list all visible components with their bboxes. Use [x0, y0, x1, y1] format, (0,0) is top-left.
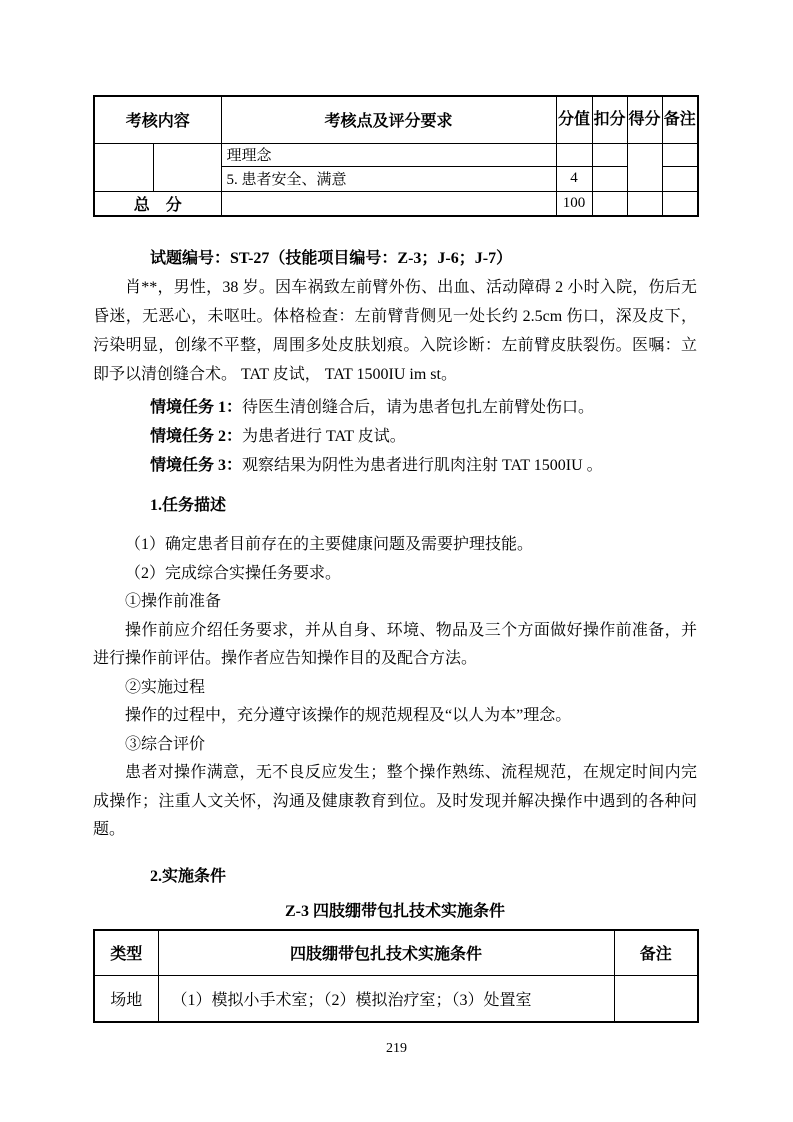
score-cell: [556, 143, 592, 166]
header-gained-score: 得分: [627, 96, 662, 143]
scenario-task-1-label: 情境任务 1：: [150, 399, 242, 416]
scenario-task-3: 情境任务 3：观察结果为阴性为患者进行肌肉注射 TAT 1500IU 。: [93, 451, 697, 480]
total-gain-cell: [627, 191, 662, 216]
header-points-requirements: 考核点及评分要求: [221, 96, 556, 143]
task-desc-item-2: （2）完成综合实操任务要求。: [93, 560, 697, 589]
table-row: 理理念: [94, 143, 698, 166]
scenario-task-1-text: 待医生清创缝合后，请为患者包扎左前臂处伤口。: [242, 399, 594, 416]
conditions-table: 类型 四肢绷带包扎技术实施条件 备注 场地 （1）模拟小手术室；（2）模拟治疗室…: [93, 929, 699, 1023]
page-number: 219: [0, 1041, 793, 1057]
header-condition-content: 四肢绷带包扎技术实施条件: [158, 930, 614, 976]
note-cell: [662, 143, 698, 166]
score-cell: 4: [556, 166, 592, 191]
deduct-cell: [592, 143, 627, 166]
task-desc-item-6: 操作的过程中，充分遵守该操作的规范规程及“以人为本”理念。: [93, 702, 697, 731]
header-deduction: 扣分: [592, 96, 627, 143]
document-page: 考核内容 考核点及评分要求 分值 扣分 得分 备注 理理念 5. 患者安全、满意…: [0, 0, 793, 1122]
section-heading-conditions: 2.实施条件: [93, 862, 697, 891]
conditions-header-row: 类型 四肢绷带包扎技术实施条件 备注: [94, 930, 698, 976]
total-note-cell: [662, 191, 698, 216]
header-remarks: 备注: [662, 96, 698, 143]
scenario-task-2-label: 情境任务 2：: [150, 428, 242, 445]
score-table-header-row: 考核内容 考核点及评分要求 分值 扣分 得分 备注: [94, 96, 698, 143]
note-cell: [662, 166, 698, 191]
scenario-task-2: 情境任务 2：为患者进行 TAT 皮试。: [93, 422, 697, 451]
scenario-task-3-label: 情境任务 3：: [150, 457, 242, 474]
total-row: 总 分 100: [94, 191, 698, 216]
score-table: 考核内容 考核点及评分要求 分值 扣分 得分 备注 理理念 5. 患者安全、满意…: [93, 95, 699, 217]
note-cell: [614, 976, 698, 1022]
scenario-task-3-text: 观察结果为阴性为患者进行肌肉注射 TAT 1500IU 。: [242, 457, 603, 474]
point-cell: 理理念: [221, 143, 556, 166]
task-desc-item-3: ①操作前准备: [93, 588, 697, 617]
type-cell: 场地: [94, 976, 158, 1022]
content-subcell-2: [153, 143, 221, 191]
header-note: 备注: [614, 930, 698, 976]
document-body: 试题编号：ST-27（技能项目编号：Z-3；J-6；J-7） 肖**，男性，38…: [93, 213, 697, 1023]
scenario-task-2-text: 为患者进行 TAT 皮试。: [242, 428, 406, 445]
total-points-cell: [221, 191, 556, 216]
condition-content-cell: （1）模拟小手术室；（2）模拟治疗室；（3）处置室: [158, 976, 614, 1022]
total-label: 总 分: [94, 191, 221, 216]
section-heading-task-description: 1.任务描述: [93, 491, 697, 520]
task-desc-item-7: ③综合评价: [93, 731, 697, 760]
total-deduct-cell: [592, 191, 627, 216]
task-desc-item-4: 操作前应介绍任务要求，并从自身、环境、物品及三个方面做好操作前准备，并进行操作前…: [93, 617, 697, 674]
task-desc-item-1: （1）确定患者目前存在的主要健康问题及需要护理技能。: [93, 531, 697, 560]
header-type: 类型: [94, 930, 158, 976]
point-cell: 5. 患者安全、满意: [221, 166, 556, 191]
content-subcell-1: [94, 143, 153, 191]
task-desc-item-5: ②实施过程: [93, 674, 697, 703]
exam-title: 试题编号：ST-27（技能项目编号：Z-3；J-6；J-7）: [93, 244, 697, 273]
conditions-row-venue: 场地 （1）模拟小手术室；（2）模拟治疗室；（3）处置室: [94, 976, 698, 1022]
total-score-cell: 100: [556, 191, 592, 216]
task-desc-item-8: 患者对操作满意，无不良反应发生；整个操作熟练、流程规范，在规定时间内完成操作；注…: [93, 759, 697, 845]
conditions-table-caption: Z-3 四肢绷带包扎技术实施条件: [93, 897, 697, 926]
header-score-value: 分值: [556, 96, 592, 143]
case-description: 肖**，男性，38 岁。因车祸致左前臂外伤、出血、活动障碍 2 小时入院，伤后无…: [93, 273, 697, 389]
deduct-cell: [592, 166, 627, 191]
scenario-task-1: 情境任务 1：待医生清创缝合后，请为患者包扎左前臂处伤口。: [93, 393, 697, 422]
header-exam-content: 考核内容: [94, 96, 221, 143]
gain-cell-merged: [627, 143, 662, 191]
